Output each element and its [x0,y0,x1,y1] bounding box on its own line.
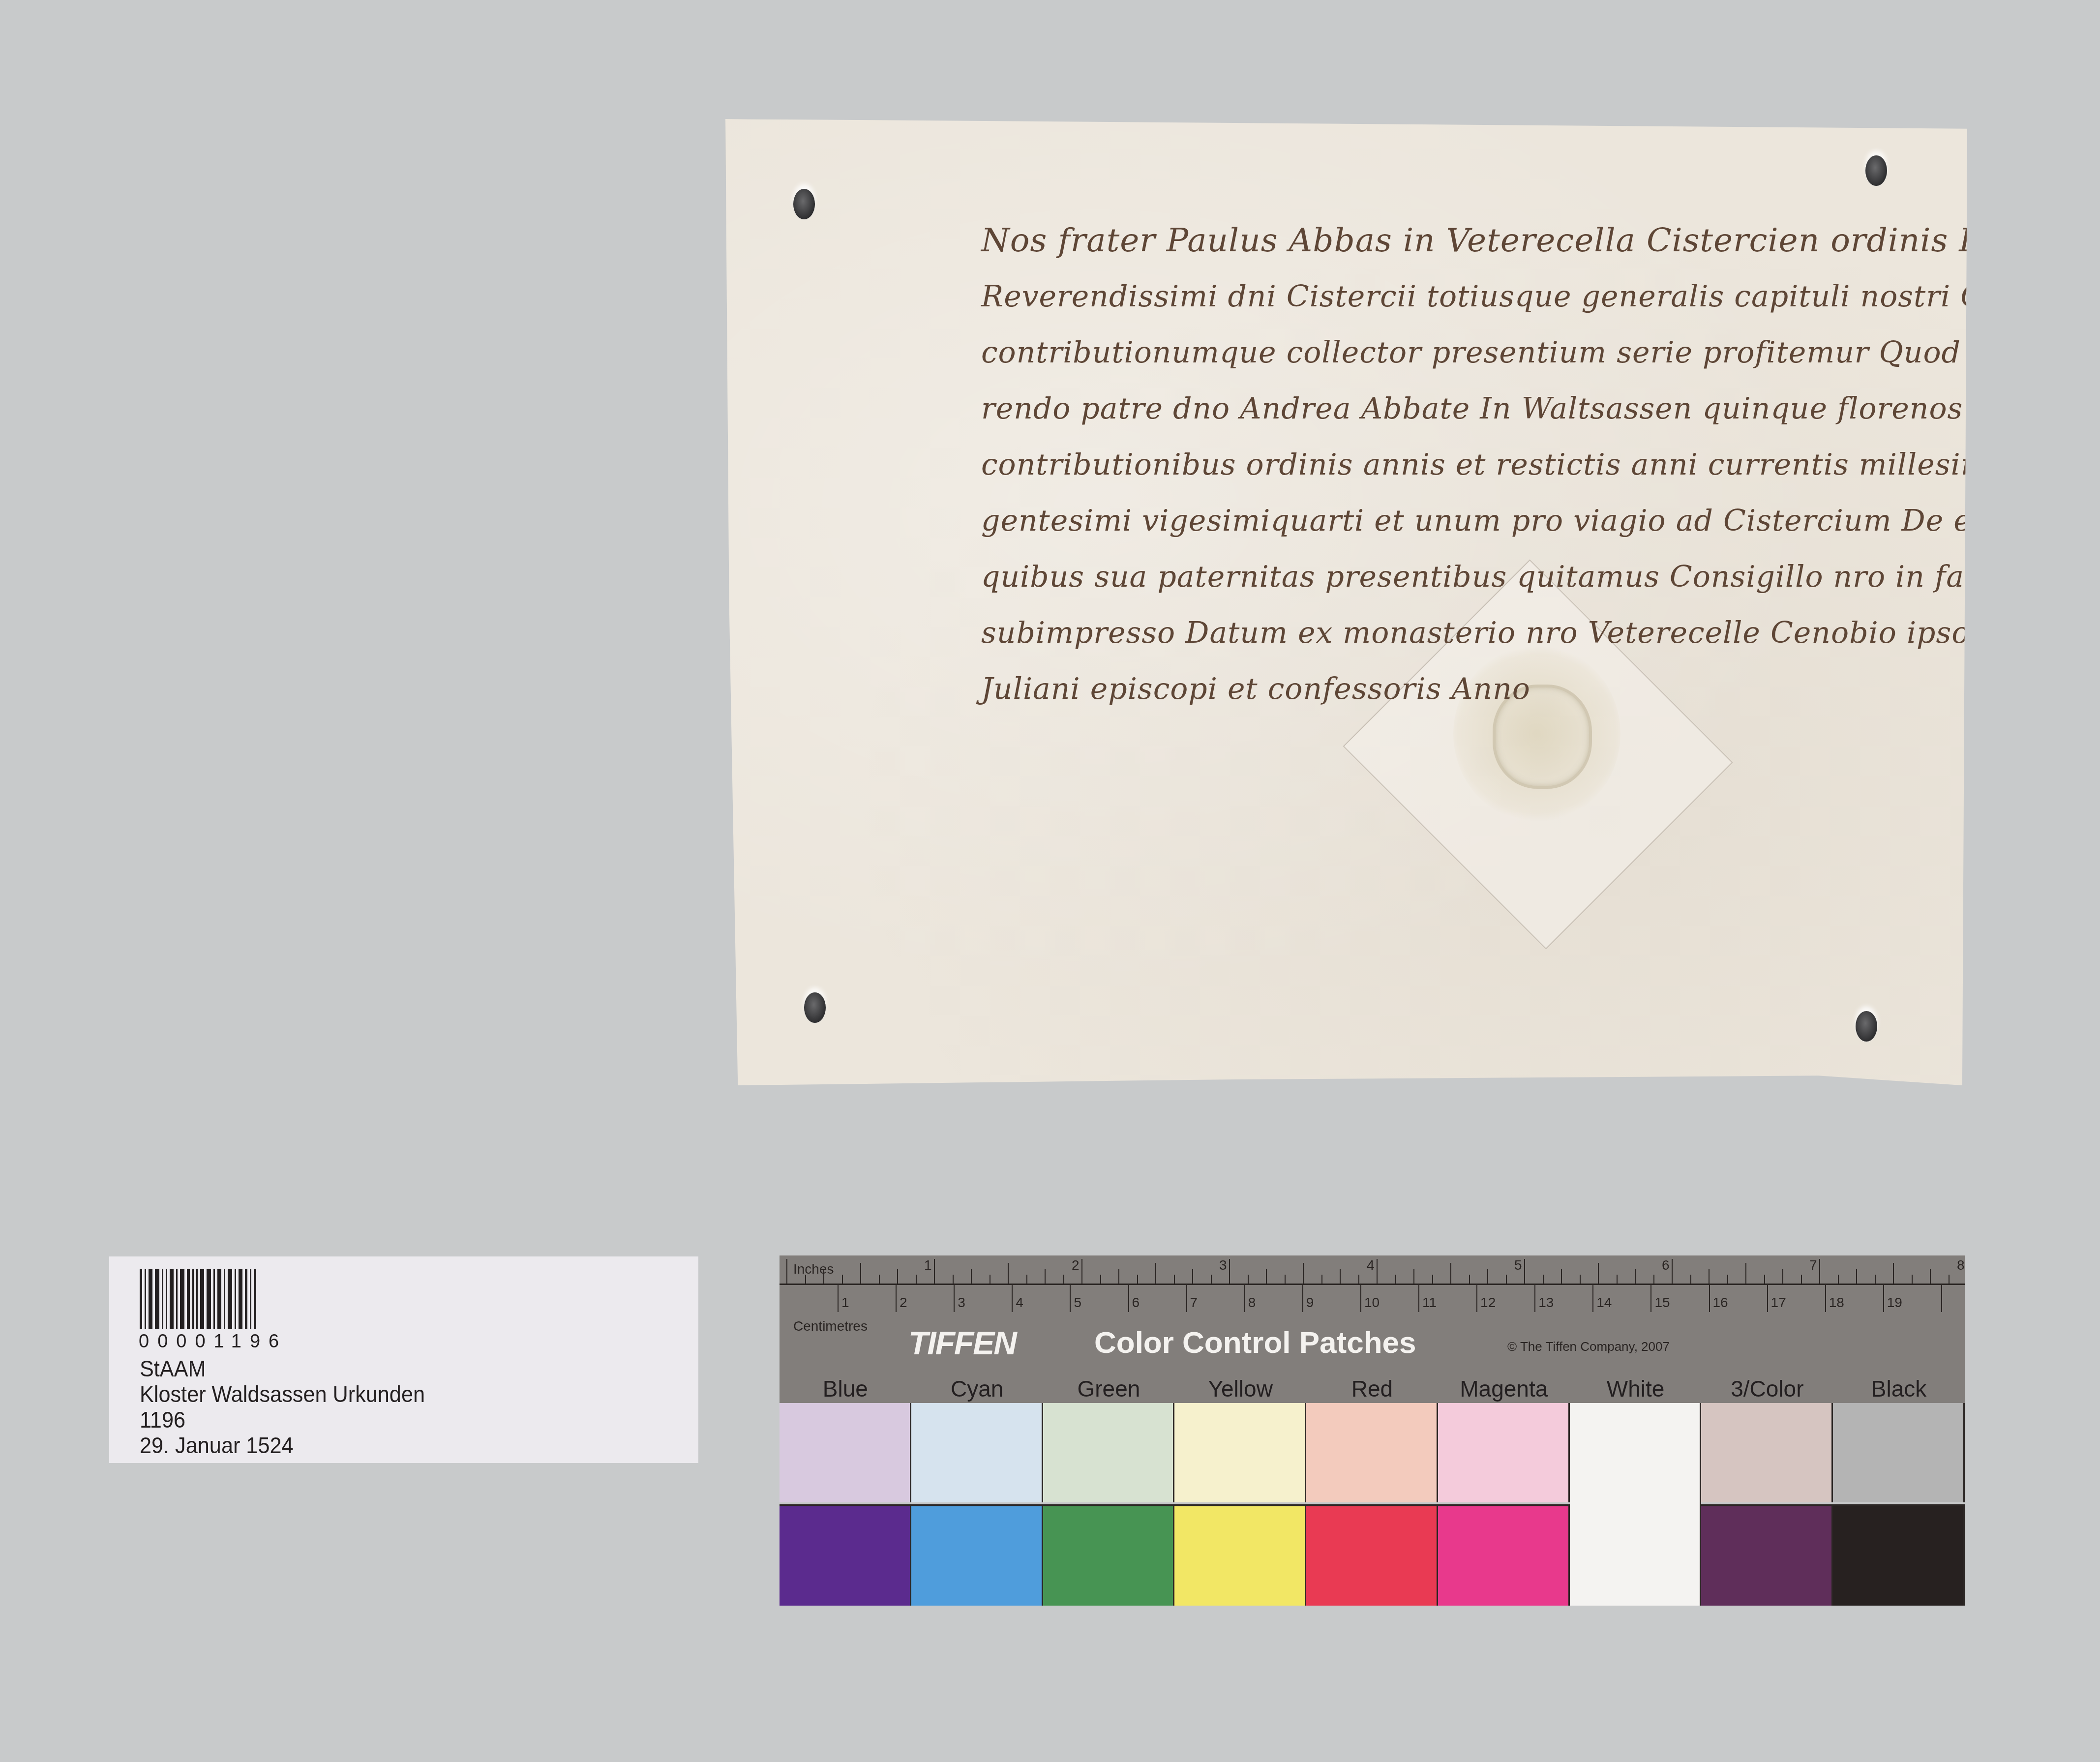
inch-tick [1617,1275,1618,1284]
inch-tick [1912,1275,1913,1284]
cm-mark: 6 [1132,1295,1140,1311]
inch-tick [1543,1275,1544,1284]
patch-white-light [1570,1403,1702,1606]
inch-tick [823,1269,824,1284]
inch-tick [1764,1275,1765,1284]
patch-green-light [1043,1403,1175,1502]
inch-tick [1248,1275,1249,1284]
inch-tick [1782,1269,1783,1284]
manuscript-line: subimpresso Datum ex monasterio nro Vete… [981,605,1940,661]
cm-mark: 9 [1306,1295,1314,1311]
mounting-hole-top-right [1865,155,1887,186]
manuscript-line: gentesimi vigesimiquarti et unum pro via… [981,493,1940,549]
inch-tick [1561,1269,1562,1284]
inch-tick [916,1275,917,1284]
mounting-hole-top-left [793,189,815,219]
inch-tick [786,1259,787,1284]
cm-mark: 16 [1713,1295,1728,1311]
inch-mark: 4 [1367,1257,1375,1273]
inch-tick [1469,1275,1470,1284]
inch-mark: 2 [1072,1257,1080,1273]
cm-tick [1825,1285,1826,1312]
inch-tick [1063,1275,1064,1284]
inch-tick [1432,1275,1433,1284]
patch-black-saturated [1833,1504,1965,1606]
cm-tick [838,1285,839,1312]
cm-tick [1767,1285,1768,1312]
manuscript-line: rendo patre dno Andrea Abbate In Waltsas… [981,381,1940,437]
cm-mark: 13 [1538,1295,1554,1311]
chart-header: Inches 12345678 123456789101112131415161… [780,1255,1965,1403]
inch-tick [1930,1269,1931,1284]
inch-tick [1229,1259,1230,1284]
patch-red-light [1306,1403,1438,1502]
cm-tick [1302,1285,1303,1312]
inch-tick [1635,1269,1636,1284]
inch-tick [1395,1275,1396,1284]
cm-tick [1012,1285,1013,1312]
patch-blue-light [780,1403,911,1502]
inch-mark: 6 [1662,1257,1670,1273]
barcode-number: 00001196 [139,1331,287,1352]
inch-tick [1377,1259,1378,1284]
inch-tick [934,1259,935,1284]
inch-tick [1450,1263,1451,1284]
inch-tick [1819,1259,1820,1284]
cm-tick [896,1285,897,1312]
inch-tick [1266,1269,1267,1284]
inch-mark: 7 [1809,1257,1817,1273]
inch-tick [1598,1263,1599,1284]
inch-tick [1303,1263,1304,1284]
inch-tick [1524,1259,1525,1284]
color-control-chart: Inches 12345678 123456789101112131415161… [780,1252,1965,1606]
inch-tick [1321,1275,1322,1284]
color-patches [780,1403,1965,1606]
patch-label-white: White [1570,1375,1702,1402]
cm-tick [1418,1285,1419,1312]
archive-label: 00001196 StAAM Kloster Waldsassen Urkund… [109,1256,698,1463]
cm-tick [1650,1285,1651,1312]
inch-tick [1174,1275,1175,1284]
inch-tick [971,1269,972,1284]
inch-tick [1026,1275,1027,1284]
cm-mark: 10 [1364,1295,1380,1311]
inch-mark: 1 [924,1257,932,1273]
inch-tick [1137,1275,1138,1284]
patch-label-cyan: Cyan [911,1375,1043,1402]
inch-tick [1340,1269,1341,1284]
inch-tick [990,1275,990,1284]
inch-tick [1875,1275,1876,1284]
cm-tick [1534,1285,1535,1312]
patch-green-saturated [1043,1504,1175,1606]
cm-tick [1244,1285,1245,1312]
inch-tick [805,1275,806,1284]
inches-label: Inches [793,1261,834,1277]
cm-mark: 19 [1887,1295,1902,1311]
cm-mark: 11 [1422,1295,1437,1311]
cm-tick [1941,1285,1942,1312]
cm-mark: 18 [1829,1295,1844,1311]
cm-tick [1128,1285,1129,1312]
inch-tick [953,1275,954,1284]
manuscript-line: Juliani episcopi et confessoris Anno [981,661,1940,717]
inch-tick [1100,1275,1101,1284]
inch-mark: 8 [1957,1257,1965,1273]
inch-mark: 5 [1514,1257,1522,1273]
ruler-baseline [780,1284,1965,1285]
cm-tick [1592,1285,1593,1312]
cm-tick [1186,1285,1187,1312]
inch-tick [1118,1269,1119,1284]
inch-mark: 3 [1219,1257,1227,1273]
cm-mark: 2 [900,1295,907,1311]
inch-tick [860,1263,861,1284]
patch-label-red: Red [1306,1375,1438,1402]
cm-mark: 3 [958,1295,965,1311]
tiffen-logo: TIFFEN [908,1324,1016,1362]
patch-yellow-saturated [1174,1504,1306,1606]
mounting-hole-bottom-left [804,992,826,1023]
inch-tick [1672,1259,1673,1284]
cm-tick [1070,1285,1071,1312]
copyright-notice: © The Tiffen Company, 2007 [1507,1339,1670,1354]
manuscript-line: contributionumque collector presentium s… [981,325,1940,381]
inch-tick [1690,1275,1691,1284]
inch-tick [1709,1269,1710,1284]
inch-tick [1801,1275,1802,1284]
patch-yellow-light [1174,1403,1306,1502]
manuscript-line: Reverendissimi dni Cistercii totiusque g… [981,269,1940,325]
cm-tick [1476,1285,1477,1312]
inch-tick [1413,1269,1414,1284]
document-number: 1196 [140,1406,185,1433]
inch-tick [1653,1275,1654,1284]
inch-tick [1487,1269,1488,1284]
document-date: 29. Januar 1524 [140,1432,294,1459]
cm-mark: 17 [1771,1295,1786,1311]
patch-label-blue: Blue [780,1375,911,1402]
cm-tick [954,1285,955,1312]
patch-magenta-saturated [1438,1504,1570,1606]
manuscript-line: Nos frater Paulus Abbas in Veterecella C… [981,212,1940,269]
inch-tick [897,1269,898,1284]
inch-tick [842,1275,843,1284]
inch-tick [1838,1275,1839,1284]
cm-mark: 5 [1074,1295,1081,1311]
patch-blue-saturated [780,1504,911,1606]
patch-3-color-saturated [1701,1504,1833,1606]
cm-mark: 7 [1190,1295,1198,1311]
barcode [140,1269,259,1329]
inch-tick [1211,1275,1212,1284]
inch-tick [1358,1275,1359,1284]
centimetres-label: Centimetres [793,1318,868,1334]
inch-tick [1580,1275,1581,1284]
inch-tick [1893,1263,1894,1284]
mounting-hole-bottom-right [1856,1011,1877,1042]
cm-mark: 8 [1248,1295,1256,1311]
archive-name: StAAM [140,1355,206,1382]
inch-tick [1045,1269,1046,1284]
inch-tick [879,1275,880,1284]
cm-mark: 4 [1016,1295,1023,1311]
inch-tick [1727,1275,1728,1284]
inch-tick [1155,1263,1156,1284]
cm-mark: 1 [841,1295,849,1311]
patch-cyan-light [911,1403,1043,1502]
cm-mark: 15 [1654,1295,1670,1311]
collection-name: Kloster Waldsassen Urkunden [140,1380,425,1407]
inch-tick [1506,1275,1507,1284]
inch-tick [1745,1263,1746,1284]
patch-label-green: Green [1043,1375,1175,1402]
cm-tick [1883,1285,1884,1312]
inch-tick [1285,1275,1286,1284]
patch-3-color-light [1701,1403,1833,1502]
inch-tick [1192,1269,1193,1284]
chart-title: Color Control Patches [1094,1325,1416,1360]
inch-tick [1008,1263,1009,1284]
manuscript-line: contributionibus ordinis annis et restic… [981,437,1940,493]
patch-red-saturated [1306,1504,1438,1606]
patch-label-3-color: 3/Color [1701,1375,1833,1402]
manuscript-text: Nos frater Paulus Abbas in Veterecella C… [981,212,1940,717]
patch-label-yellow: Yellow [1174,1375,1306,1402]
patch-magenta-light [1438,1403,1570,1502]
patch-label-magenta: Magenta [1438,1375,1570,1402]
cm-mark: 12 [1480,1295,1496,1311]
inch-tick [1856,1269,1857,1284]
patch-label-black: Black [1833,1375,1965,1402]
cm-tick [1360,1285,1361,1312]
manuscript-document: Nos frater Paulus Abbas in Veterecella C… [725,119,1967,1085]
inch-tick [1081,1259,1082,1284]
patch-cyan-saturated [911,1504,1043,1606]
patch-black-light [1833,1403,1965,1502]
manuscript-line: quibus sua paternitas presentibus quitam… [981,549,1940,605]
inch-tick [1949,1275,1950,1284]
cm-tick [1709,1285,1710,1312]
cm-mark: 14 [1596,1295,1612,1311]
